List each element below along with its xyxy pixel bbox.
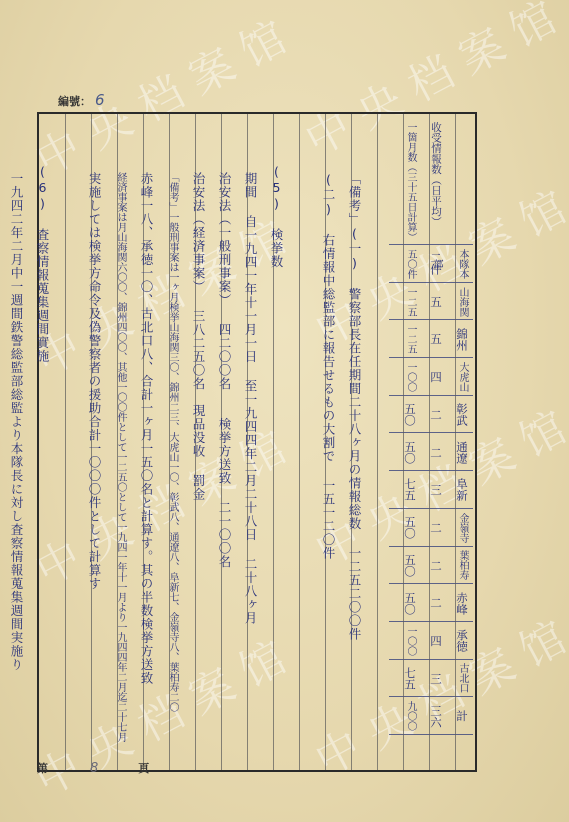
- monthly-count: 一二五: [397, 286, 423, 318]
- monthly-count: 七五: [397, 663, 423, 695]
- row-rule: [389, 357, 473, 358]
- monthly-count: 一二五: [397, 323, 423, 355]
- column-rule: [455, 114, 456, 770]
- row-rule: [389, 319, 473, 320]
- text-column: 経済事案は月山海関六〇〇、錦州四〇〇、其他一〇〇件として一二五〇として一九四一年…: [108, 172, 132, 742]
- unit-name: 山海関: [449, 286, 475, 318]
- daily-count: 二: [423, 550, 449, 582]
- text-column: 治安法（一般刑事案） 四二〇〇名 検挙方送致 二一〇〇名: [212, 172, 236, 569]
- column-rule: [429, 114, 430, 770]
- row-rule: [389, 432, 473, 433]
- daily-count: 三: [423, 474, 449, 506]
- unit-name: 大虎山: [449, 361, 475, 393]
- row-rule: [389, 546, 473, 547]
- row-rule: [389, 470, 473, 471]
- file-number-label: 編號：: [58, 95, 91, 108]
- unit-name: 本隊本部: [449, 248, 475, 280]
- header-monthly: 一箇月数（三十五日計算）: [397, 122, 423, 242]
- monthly-count: 五〇: [397, 512, 423, 544]
- text-column: (6) 査察情報蒐集週間實施: [30, 164, 54, 363]
- monthly-count: 五〇: [397, 399, 423, 431]
- text-column: (5) 検挙数: [264, 164, 288, 269]
- file-number: 編號：6: [58, 91, 105, 109]
- monthly-count: 五〇: [397, 550, 423, 582]
- unit-name: 阜新: [449, 474, 475, 506]
- daily-count: 二: [423, 512, 449, 544]
- text-column: 命ありしが錦州本隊本部にありては此事務は警察科にて担任し管下各隊に実施方通: [0, 172, 2, 672]
- daily-count: 二: [423, 587, 449, 619]
- text-column: 一九四二年二月中一週間鉄警総監部総監より本隊長に対し査察情報蒐集週間実施り: [4, 172, 28, 672]
- text-column: 「備考」(一) 警察部長在任期間二十八ヶ月の情報総数 一二五二〇〇件: [342, 172, 366, 641]
- ruled-page-table: 收受情報数（日平均）一箇月数（三十五日計算）本隊本部二件五〇件山海関五一二五錦州…: [37, 112, 477, 772]
- unit-name: 葉柏寿: [449, 550, 475, 582]
- row-rule: [389, 659, 473, 660]
- intelligence-stats-table: 收受情報数（日平均）一箇月数（三十五日計算）本隊本部二件五〇件山海関五一二五錦州…: [367, 114, 475, 770]
- page-suffix: 頁: [138, 762, 149, 775]
- daily-count: 二: [423, 436, 449, 468]
- monthly-count: 一〇〇: [397, 361, 423, 393]
- daily-count: 五: [423, 323, 449, 355]
- row-rule: [389, 395, 473, 396]
- monthly-count: 五〇件: [397, 248, 423, 280]
- unit-name: 彰武: [449, 399, 475, 431]
- daily-count: 四: [423, 625, 449, 657]
- text-column: 期間 自一九四一年十一月一日 至一九四四年二月二十八日 二十八ヶ月: [238, 172, 262, 625]
- header-received-daily: 收受情報数（日平均）: [423, 122, 449, 227]
- daily-count: 三: [423, 663, 449, 695]
- monthly-count: 七五: [397, 474, 423, 506]
- unit-name: 古北口: [449, 663, 475, 695]
- unit-name: 通遼: [449, 436, 475, 468]
- monthly-count: 五〇: [397, 587, 423, 619]
- monthly-count: 五〇: [397, 436, 423, 468]
- page-footer: 第8頁: [37, 760, 149, 776]
- row-rule: [389, 696, 473, 697]
- row-rule: [389, 508, 473, 509]
- text-column: 実施しては検挙方命令及偽警察者の援助合計一〇〇〇件として計算す: [82, 172, 106, 591]
- column-rule: [65, 114, 66, 770]
- daily-count: 五: [423, 286, 449, 318]
- text-column: 治安法（経済事案） 三八二五〇名 現品没收 罰金: [186, 172, 210, 501]
- row-rule: [389, 583, 473, 584]
- column-rule: [403, 114, 404, 770]
- daily-count: 四: [423, 361, 449, 393]
- page-number: 8: [90, 761, 98, 776]
- text-column: (二) 右情報中総監部に報告せるもの大割で 一五一二〇件: [316, 172, 340, 560]
- daily-count: 二: [423, 399, 449, 431]
- unit-name: 赤峰: [449, 587, 475, 619]
- unit-name: 錦州: [449, 323, 475, 355]
- column-rule: [299, 114, 300, 770]
- row-rule: [389, 282, 473, 283]
- row-rule: [389, 734, 473, 735]
- row-rule: [389, 244, 473, 245]
- monthly-count: 一〇〇: [397, 625, 423, 657]
- column-rule: [377, 114, 378, 770]
- text-column: 赤峰一八、承徳一〇、古北口八、合計一ヶ月一五〇名と計算す。其の半数検挙方送致: [134, 172, 158, 685]
- daily-count: 三六: [423, 700, 449, 732]
- monthly-count: 九〇〇: [397, 700, 423, 732]
- unit-name: 承徳: [449, 625, 475, 657]
- page-prefix: 第: [37, 762, 48, 775]
- row-rule: [389, 621, 473, 622]
- text-column: 「備考」一般刑事案は一ヶ月検挙山海関三〇、錦州二三、大虎山一〇、彰武八、通遼八、…: [160, 172, 184, 712]
- unit-name: 金嶺寺: [449, 512, 475, 544]
- file-number-value: 6: [95, 91, 105, 109]
- daily-count: 二件: [423, 248, 449, 280]
- unit-name: 計: [449, 700, 475, 732]
